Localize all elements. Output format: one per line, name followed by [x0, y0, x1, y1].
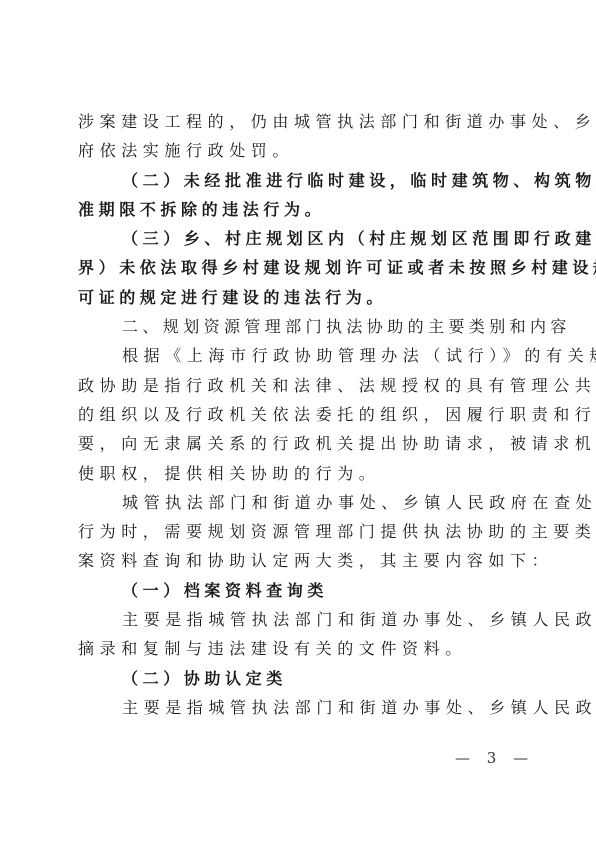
subsection-heading: （一）档案资料查询类	[78, 576, 520, 605]
text-line: 的组织以及行政机关依法委托的组织，因履行职责和行使权力需	[78, 400, 520, 429]
section-heading: 二、规划资源管理部门执法协助的主要类别和内容	[78, 312, 520, 341]
text-line: 府依法实施行政处罚。	[78, 136, 520, 165]
bold-text-line: （二）未经批准进行临时建设，临时建筑物、构筑物超过批	[78, 166, 520, 195]
text-line: 主要是指城管执法部门和街道办事处、乡镇人民政府阅览、	[78, 605, 520, 634]
subsection-heading: （二）协助认定类	[78, 664, 520, 693]
bold-text-line: 准期限不拆除的违法行为。	[78, 195, 520, 224]
text-line: 摘录和复制与违法建设有关的文件资料。	[78, 634, 520, 663]
bold-text-line: 界）未依法取得乡村建设规划许可证或者未按照乡村建设规划许	[78, 253, 520, 282]
text-line: 案资料查询和协助认定两大类，其主要内容如下：	[78, 546, 520, 575]
text-line: 主要是指城管执法部门和街道办事处、乡镇人民政府在查处	[78, 693, 520, 722]
bold-text-line: 可证的规定进行建设的违法行为。	[78, 283, 520, 312]
text-line: 要，向无隶属关系的行政机关提出协助请求，被请求机关依法行	[78, 429, 520, 458]
text-line: 行为时，需要规划资源管理部门提供执法协助的主要类别分为档	[78, 517, 520, 546]
text-line: 城管执法部门和街道办事处、乡镇人民政府在查处违法建设	[78, 488, 520, 517]
page-number: — 3 —	[455, 749, 534, 767]
text-line: 政协助是指行政机关和法律、法规授权的具有管理公共事务职能	[78, 371, 520, 400]
text-line: 根据《上海市行政协助管理办法（试行）》的有关规定，行	[78, 341, 520, 370]
bold-text-line: （三）乡、村庄规划区内（村庄规划区范围即行政建制村边	[78, 224, 520, 253]
document-body: 涉案建设工程的，仍由城管执法部门和街道办事处、乡镇人民政 府依法实施行政处罚。 …	[78, 107, 520, 722]
text-line: 涉案建设工程的，仍由城管执法部门和街道办事处、乡镇人民政	[78, 107, 520, 136]
text-line: 使职权，提供相关协助的行为。	[78, 459, 520, 488]
